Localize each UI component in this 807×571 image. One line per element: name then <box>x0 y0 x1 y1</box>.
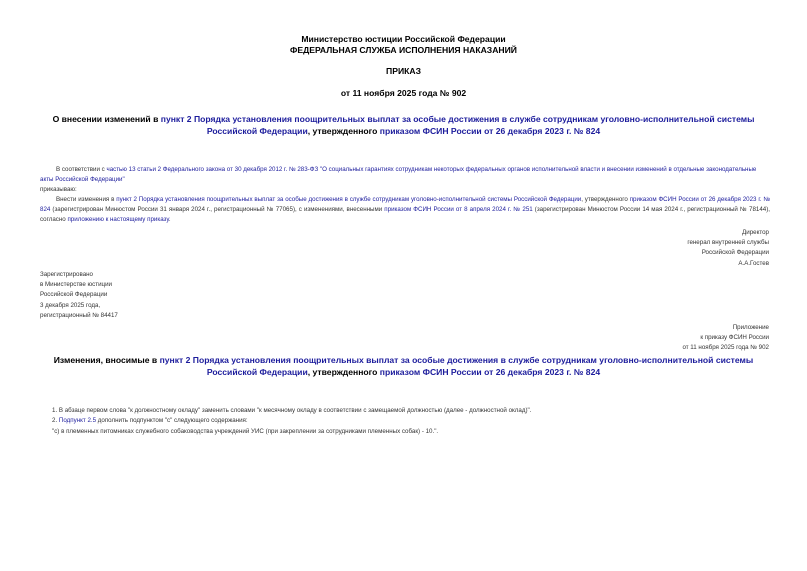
title-middle: , утвержденного <box>308 126 380 136</box>
resolution-text: , утвержденного <box>581 196 629 203</box>
registration-line: Зарегистрировано <box>40 270 118 280</box>
appendix-ref-line: к приказу ФСИН России <box>682 333 769 343</box>
preamble: В соответствии с частью 13 статьи 2 Феде… <box>40 165 770 196</box>
resolution-text: . <box>169 216 171 223</box>
appendix-title-prefix: Изменения, вносимые в <box>54 355 160 365</box>
signer-position: Директор <box>687 228 769 238</box>
change-item-1: 1. В абзаце первом слова "к должностному… <box>52 406 772 416</box>
registration-line: в Министерстве юстиции <box>40 280 118 290</box>
registration-line: регистрационный № 84417 <box>40 311 118 321</box>
registration-line: 3 декабря 2025 года, <box>40 301 118 311</box>
ministry-name: Министерство юстиции Российской Федераци… <box>0 34 807 45</box>
changes-list: 1. В абзаце первом слова "к должностному… <box>52 406 772 437</box>
document-date: от 11 ноября 2025 года № 902 <box>0 88 807 98</box>
appendix-title-middle: , утвержденного <box>308 367 380 377</box>
order-824-link[interactable]: приказом ФСИН России от 26 декабря 2023 … <box>380 126 600 136</box>
appendix-link[interactable]: приложению к настоящему приказу <box>67 216 168 223</box>
change-item-2: 2. Подпункт 2.5 дополнить подпунктом "с"… <box>52 416 772 426</box>
registration-block: Зарегистрировано в Министерстве юстиции … <box>40 270 118 321</box>
procedure-link[interactable]: пункт 2 Порядка установления поощрительн… <box>116 196 581 203</box>
appendix-reference: Приложение к приказу ФСИН России от 11 н… <box>682 323 769 354</box>
document-header: Министерство юстиции Российской Федераци… <box>0 34 807 98</box>
change-item-3: "с) в племенных питомниках служебного со… <box>52 427 772 437</box>
signer-name: А.А.Гостев <box>687 259 769 269</box>
signature-block: Директор генерал внутренней службы Росси… <box>687 228 769 269</box>
federal-law-link[interactable]: частью 13 статьи 2 Федерального закона о… <box>40 166 756 183</box>
resolution-text: (зарегистрирован Минюстом России 31 янва… <box>50 206 384 213</box>
service-name: ФЕДЕРАЛЬНАЯ СЛУЖБА ИСПОЛНЕНИЯ НАКАЗАНИЙ <box>0 45 807 56</box>
change-item-number: 2. <box>52 417 59 424</box>
order-251-link[interactable]: приказом ФСИН России от 8 апреля 2024 г.… <box>384 206 532 213</box>
document-type: ПРИКАЗ <box>0 66 807 76</box>
document-title: О внесении изменений в пункт 2 Порядка у… <box>36 113 771 137</box>
order-824-link[interactable]: приказом ФСИН России от 26 декабря 2023 … <box>380 367 600 377</box>
resolution-paragraph: Внести изменения в пункт 2 Порядка устан… <box>40 195 770 226</box>
change-item-text: дополнить подпунктом "с" следующего соде… <box>96 417 248 424</box>
resolution-text: Внести изменения в <box>56 196 116 203</box>
preamble-prefix: В соответствии с <box>56 166 106 173</box>
signer-rank: генерал внутренней службы <box>687 238 769 248</box>
registration-line: Российской Федерации <box>40 290 118 300</box>
appendix-ref-line: от 11 ноября 2025 года № 902 <box>682 343 769 353</box>
signer-country: Российской Федерации <box>687 248 769 258</box>
subpoint-2-5-link[interactable]: Подпункт 2.5 <box>59 417 96 424</box>
appendix-title: Изменения, вносимые в пункт 2 Порядка ус… <box>36 354 771 378</box>
appendix-ref-line: Приложение <box>682 323 769 333</box>
title-prefix: О внесении изменений в <box>53 114 161 124</box>
